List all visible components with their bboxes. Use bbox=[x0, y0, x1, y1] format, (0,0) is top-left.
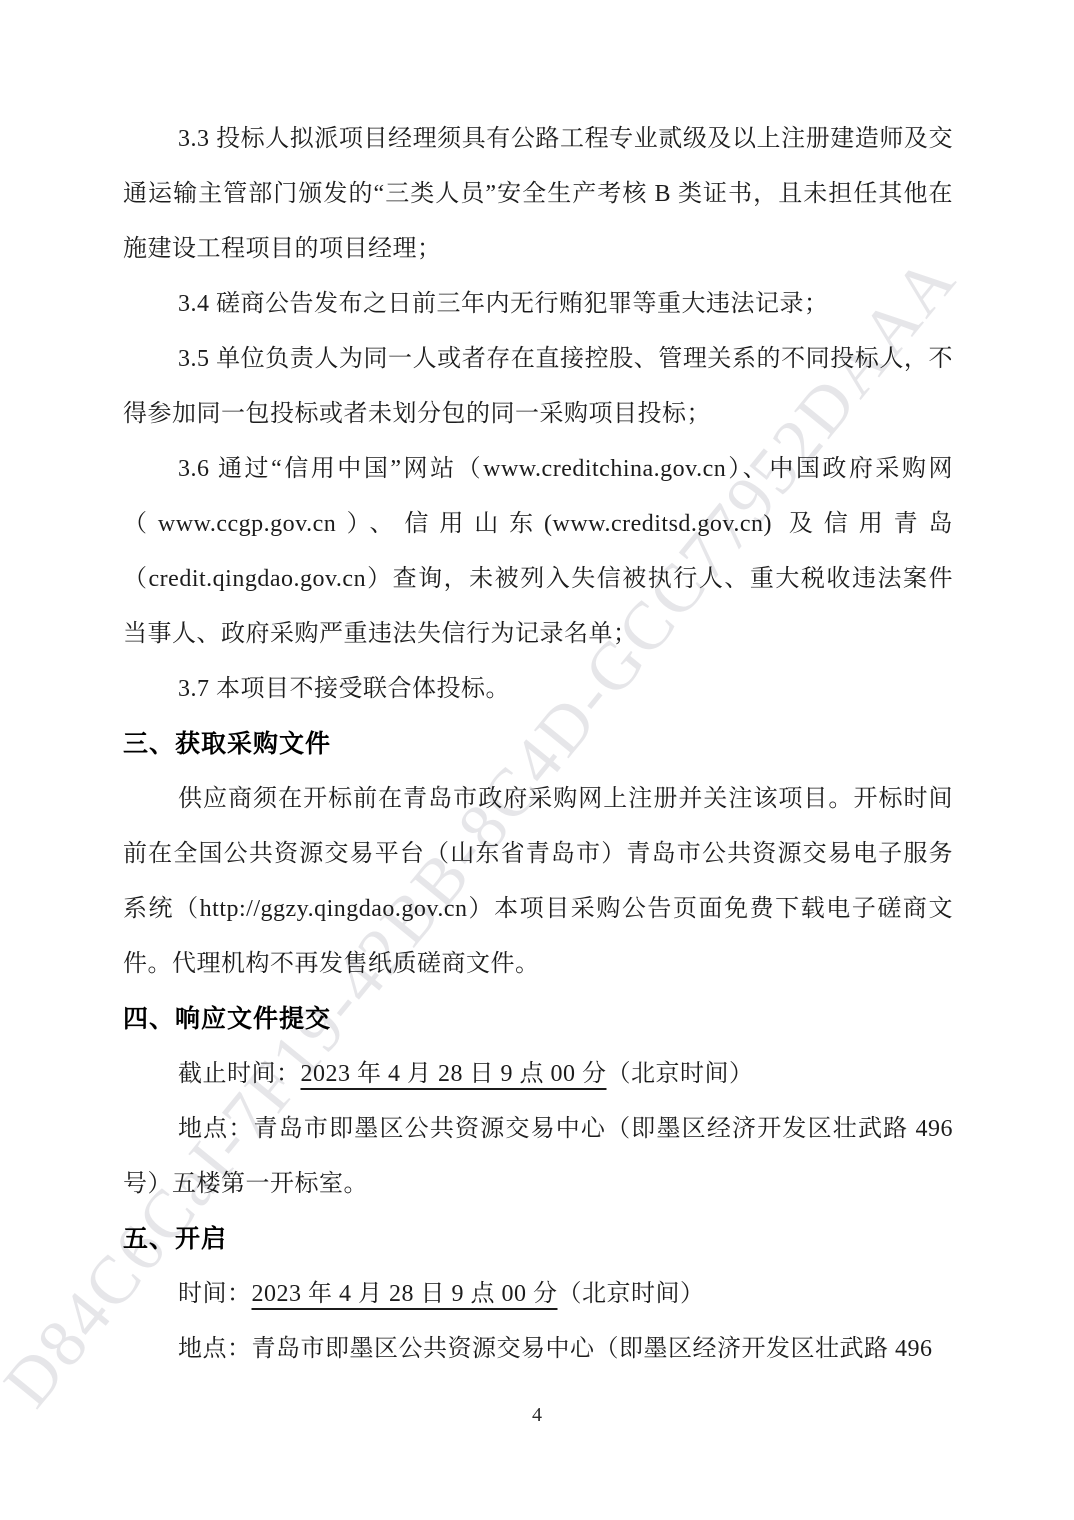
deadline-datetime: 2023 年 4 月 28 日 9 点 00 分 bbox=[301, 1061, 607, 1087]
obtain-documents-body: 供应商须在开标前在青岛市政府采购网上注册并关注该项目。开标时间前在全国公共资源交… bbox=[123, 772, 953, 992]
section-heading-obtain-documents: 三、获取采购文件 bbox=[123, 717, 953, 772]
opening-time-line: 时间：2023 年 4 月 28 日 9 点 00 分（北京时间） bbox=[123, 1267, 953, 1322]
opening-location-line: 地点：青岛市即墨区公共资源交易中心（即墨区经济开发区壮武路 496 bbox=[123, 1322, 953, 1377]
clause-3-6: 3.6 通过“信用中国”网站（www.creditchina.gov.cn）、中… bbox=[123, 442, 953, 662]
clause-3-5: 3.5 单位负责人为同一人或者存在直接控股、管理关系的不同投标人，不得参加同一包… bbox=[123, 332, 953, 442]
opening-time-label: 时间： bbox=[178, 1281, 252, 1307]
deadline-timezone-note: （北京时间） bbox=[607, 1061, 754, 1087]
submission-deadline-line: 截止时间：2023 年 4 月 28 日 9 点 00 分（北京时间） bbox=[123, 1047, 953, 1102]
submission-location-line: 地点：青岛市即墨区公共资源交易中心（即墨区经济开发区壮武路 496 号）五楼第一… bbox=[123, 1102, 953, 1212]
deadline-label: 截止时间： bbox=[178, 1061, 301, 1087]
page-number: 4 bbox=[0, 1400, 1074, 1430]
opening-timezone-note: （北京时间） bbox=[558, 1281, 705, 1307]
section-heading-response-submission: 四、响应文件提交 bbox=[123, 992, 953, 1047]
clause-3-3: 3.3 投标人拟派项目经理须具有公路工程专业贰级及以上注册建造师及交通运输主管部… bbox=[123, 112, 953, 277]
section-heading-opening: 五、开启 bbox=[123, 1212, 953, 1267]
page-content: 3.3 投标人拟派项目经理须具有公路工程专业贰级及以上注册建造师及交通运输主管部… bbox=[123, 112, 953, 1377]
clause-3-7: 3.7 本项目不接受联合体投标。 bbox=[123, 662, 953, 717]
document-page: D84C6CaI-7F19-42BB-8C4D-GCC77952DAAA 3.3… bbox=[0, 0, 1074, 1520]
clause-3-4: 3.4 磋商公告发布之日前三年内无行贿犯罪等重大违法记录； bbox=[123, 277, 953, 332]
opening-datetime: 2023 年 4 月 28 日 9 点 00 分 bbox=[252, 1281, 558, 1307]
